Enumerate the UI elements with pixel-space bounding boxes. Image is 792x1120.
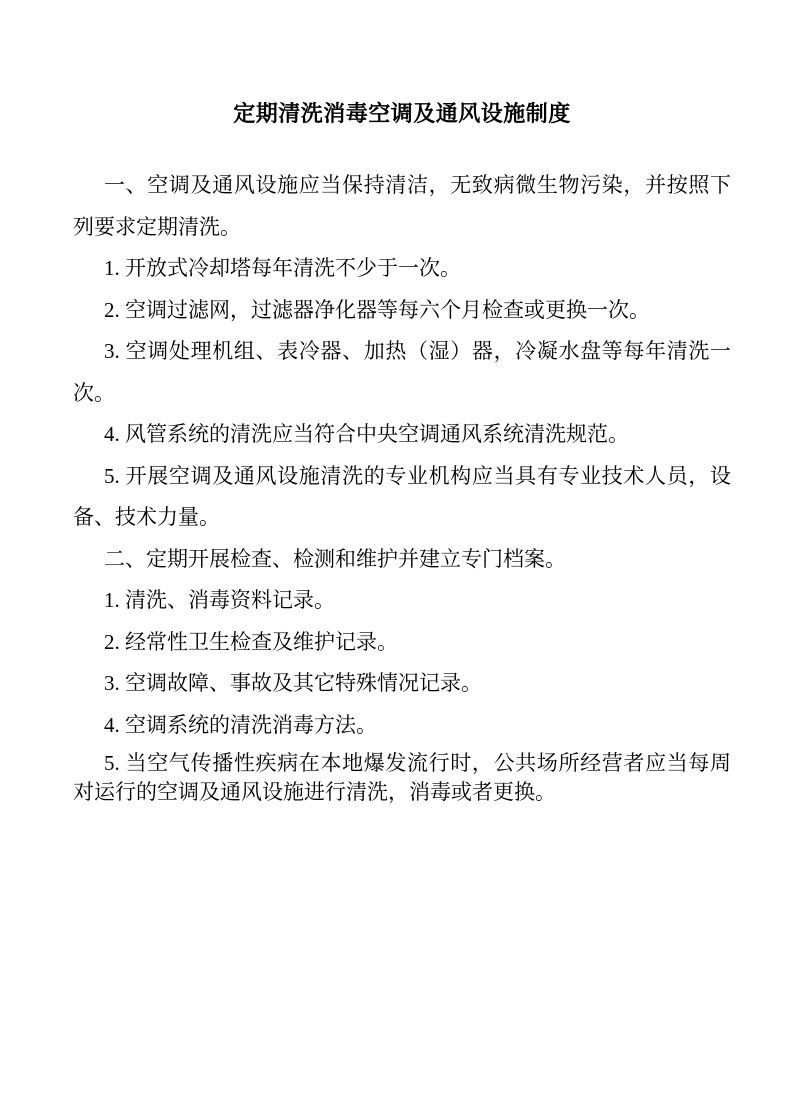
paragraph-s1-item-4: 4. 风管系统的清洗应当符合中央空调通风系统清洗规范。 [73,414,731,456]
paragraph-s2-item-1: 1. 清洗、消毒资料记录。 [73,580,731,622]
paragraph-s2-item-3: 3. 空调故障、事故及其它特殊情况记录。 [73,663,731,705]
paragraph-s1-item-1: 1. 开放式冷却塔每年清洗不少于一次。 [73,248,731,290]
paragraph-s1-item-5: 5. 开展空调及通风设施清洗的专业机构应当具有专业技术人员，设备、技术力量。 [73,456,731,539]
document-page: 定期清洗消毒空调及通风设施制度 一、空调及通风设施应当保持清洁，无致病微生物污染… [0,0,792,1120]
paragraph-s2-item-2: 2. 经常性卫生检查及维护记录。 [73,622,731,664]
paragraph-section-1: 一、空调及通风设施应当保持清洁，无致病微生物污染，并按照下列要求定期清洗。 [73,165,731,248]
paragraph-s2-item-5: 5. 当空气传播性疾病在本地爆发流行时，公共场所经营者应当每周对运行的空调及通风… [73,749,731,807]
paragraph-s1-item-2: 2. 空调过滤网，过滤器净化器等每六个月检查或更换一次。 [73,290,731,332]
document-content: 定期清洗消毒空调及通风设施制度 一、空调及通风设施应当保持清洁，无致病微生物污染… [73,0,731,807]
paragraph-section-2: 二、定期开展检查、检测和维护并建立专门档案。 [73,539,731,581]
document-body: 一、空调及通风设施应当保持清洁，无致病微生物污染，并按照下列要求定期清洗。 1.… [73,165,731,807]
paragraph-s2-item-4: 4. 空调系统的清洗消毒方法。 [73,705,731,747]
document-title: 定期清洗消毒空调及通风设施制度 [73,101,731,127]
paragraph-s1-item-3: 3. 空调处理机组、表冷器、加热（湿）器，冷凝水盘等每年清洗一次。 [73,331,731,414]
